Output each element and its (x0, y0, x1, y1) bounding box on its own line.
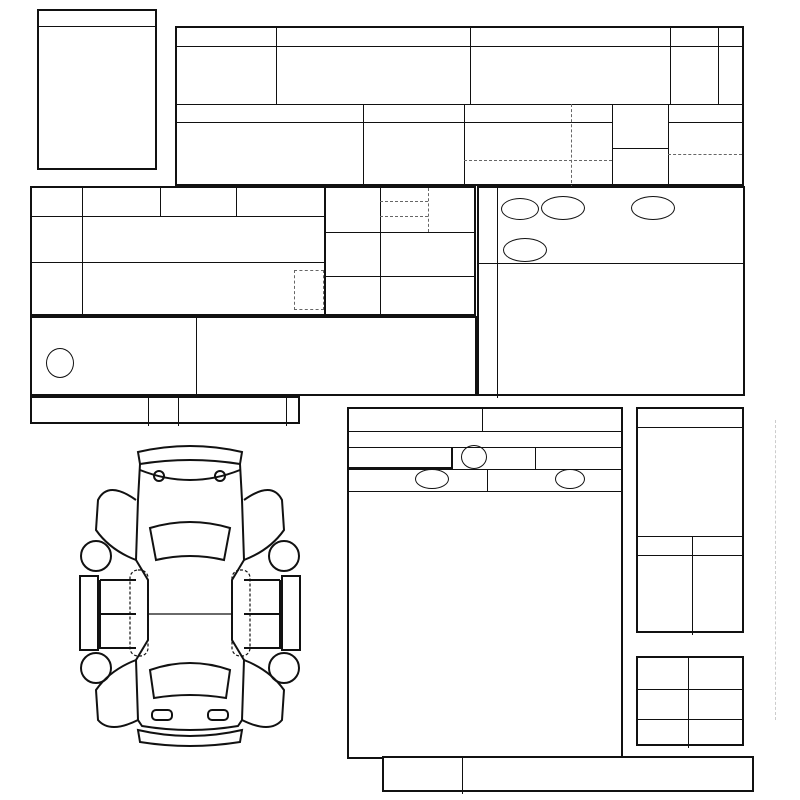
circle-abs (503, 238, 547, 262)
vehicle-table (175, 26, 744, 186)
inspection-notes (347, 407, 623, 759)
circle-wheel-scratch (555, 469, 585, 489)
drivetrain-table (324, 186, 476, 316)
lot-box (37, 9, 157, 170)
circle-mirror-scratch (415, 469, 449, 489)
car-damage-diagram (60, 430, 320, 760)
repair-caution-table (30, 316, 477, 396)
circle-ps (501, 198, 539, 220)
tools-table (636, 656, 744, 746)
recycle-table (30, 396, 300, 424)
equipment-table (477, 186, 745, 396)
circle-ab (631, 196, 675, 220)
chassis-table (382, 756, 754, 792)
history-table (30, 186, 326, 316)
rating-table (636, 407, 744, 633)
circle-chip (461, 445, 487, 469)
circle-pw (541, 196, 585, 220)
circle-repair-yes (46, 348, 74, 378)
